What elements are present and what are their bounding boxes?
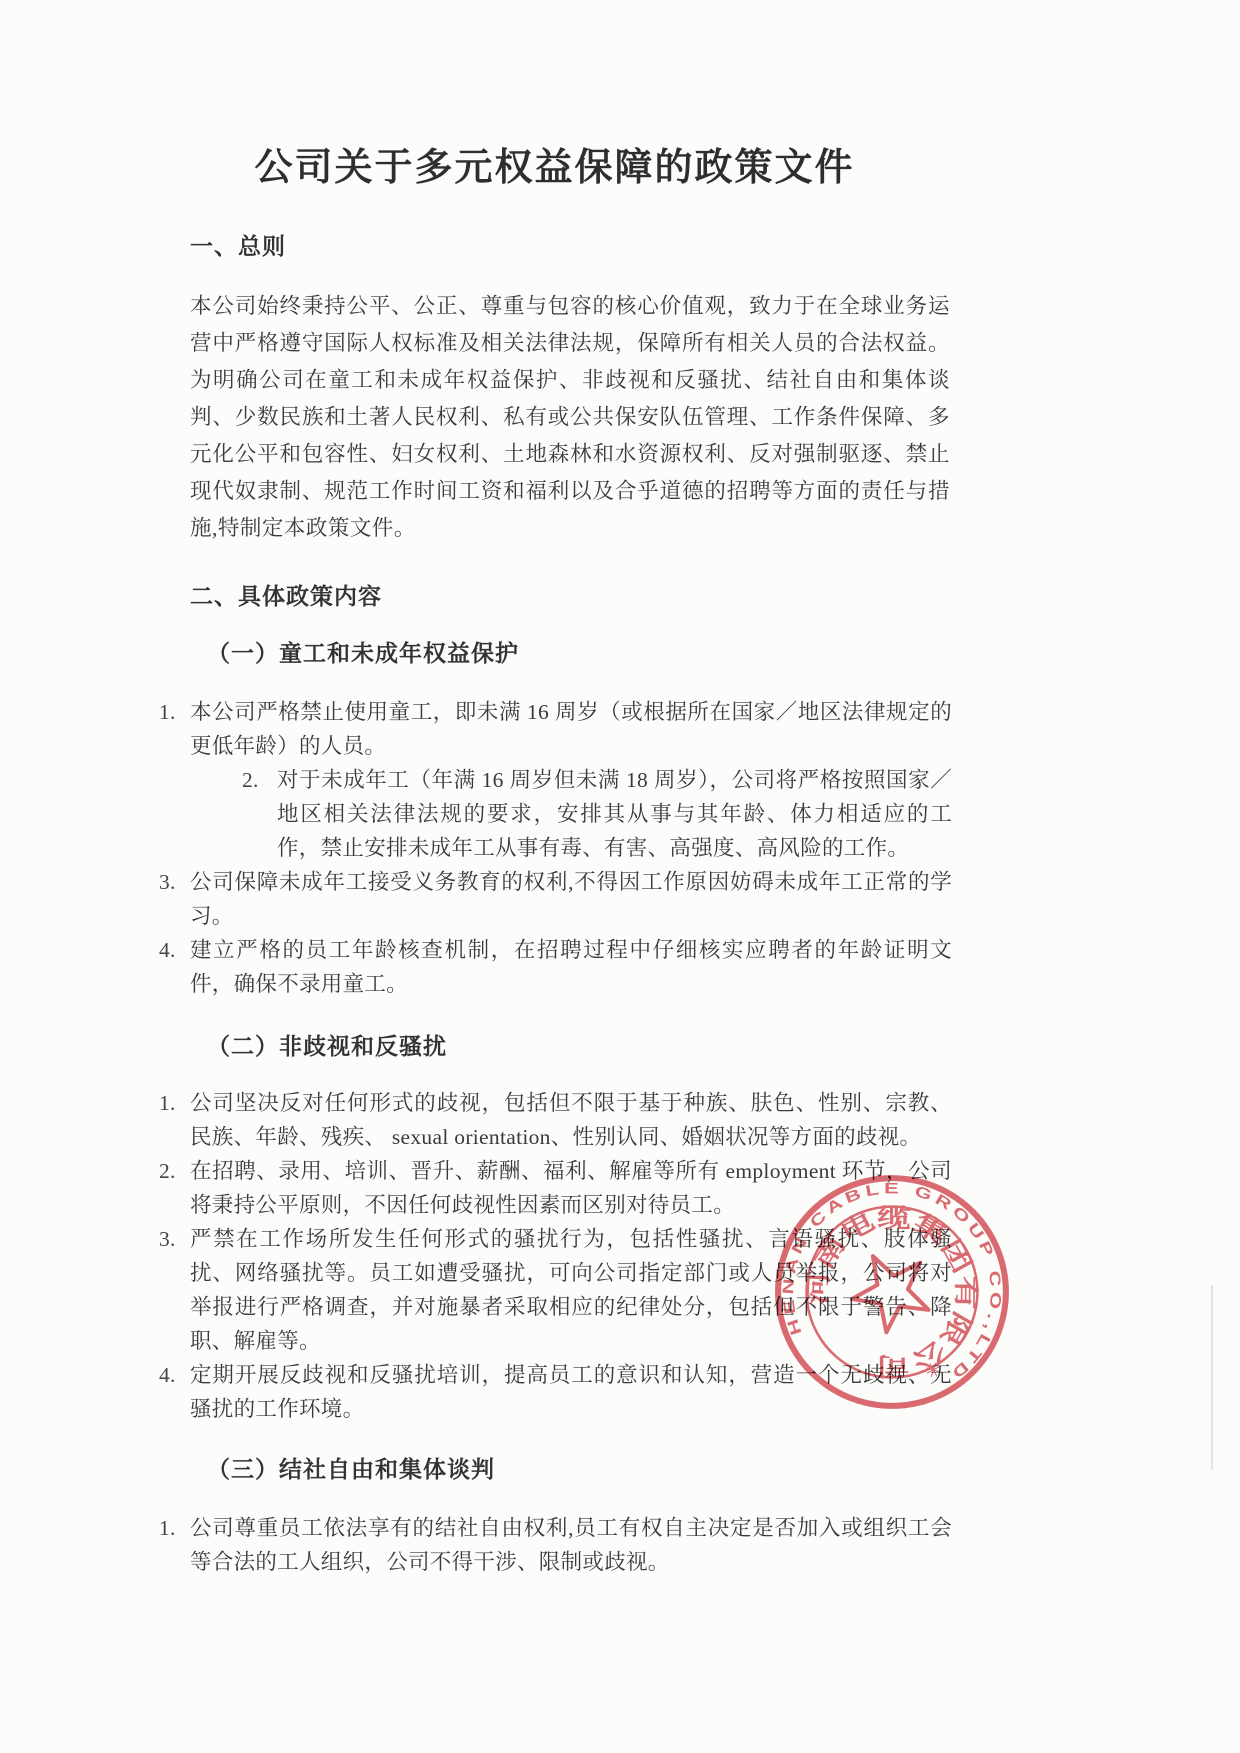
list-item-number: 4. xyxy=(157,933,190,1001)
list-item: 2. 在招聘、录用、培训、晋升、薪酬、福利、解雇等所有 employment 环… xyxy=(157,1154,952,1222)
list-item-text: 严禁在工作场所发生任何形式的骚扰行为，包括性骚扰、言语骚扰、肢体骚扰、网络骚扰等… xyxy=(190,1222,952,1358)
list-item: 1. 公司尊重员工依法享有的结社自由权利,员工有权自主决定是否加入或组织工会等合… xyxy=(157,1511,952,1579)
list-item-text: 本公司严格禁止使用童工，即未满 16 周岁（或根据所在国家／地区法律规定的更低年… xyxy=(190,695,952,763)
list-item-text: 定期开展反歧视和反骚扰培训，提高员工的意识和认知，营造一个无歧视、无骚扰的工作环… xyxy=(190,1358,952,1426)
list-item-number: 1. xyxy=(157,695,190,763)
document-title: 公司关于多元权益保障的政策文件 xyxy=(157,140,952,197)
freedom-association-list: 1. 公司尊重员工依法享有的结社自由权利,员工有权自主决定是否加入或组织工会等合… xyxy=(157,1511,952,1579)
list-item: 3. 公司保障未成年工接受义务教育的权利,不得因工作原因妨碍未成年工正常的学习。 xyxy=(157,865,952,933)
scanned-policy-document: 公司关于多元权益保障的政策文件 一、总则 本公司始终秉持公平、公正、尊重与包容的… xyxy=(0,0,1240,1753)
list-item: 2. 对于未成年工（年满 16 周岁但未满 18 周岁），公司将严格按照国家／地… xyxy=(240,763,952,865)
list-item-number: 1. xyxy=(157,1086,190,1154)
list-item-number: 4. xyxy=(157,1358,190,1426)
list-item-number: 3. xyxy=(157,865,190,933)
list-item-number: 3. xyxy=(157,1222,190,1358)
list-item-text: 公司坚决反对任何形式的歧视，包括但不限于基于种族、肤色、性别、宗教、民族、年龄、… xyxy=(190,1086,952,1154)
list-item-text: 公司保障未成年工接受义务教育的权利,不得因工作原因妨碍未成年工正常的学习。 xyxy=(190,865,952,933)
list-item-text: 在招聘、录用、培训、晋升、薪酬、福利、解雇等所有 employment 环节，公… xyxy=(190,1154,952,1222)
list-item: 4. 定期开展反歧视和反骚扰培训，提高员工的意识和认知，营造一个无歧视、无骚扰的… xyxy=(157,1358,952,1426)
list-item-text: 建立严格的员工年龄核查机制，在招聘过程中仔细核实应聘者的年龄证明文件，确保不录用… xyxy=(190,933,952,1001)
list-item: 4. 建立严格的员工年龄核查机制，在招聘过程中仔细核实应聘者的年龄证明文件，确保… xyxy=(157,933,952,1001)
anti-discrimination-list: 1. 公司坚决反对任何形式的歧视，包括但不限于基于种族、肤色、性别、宗教、民族、… xyxy=(157,1086,952,1426)
list-item: 1. 本公司严格禁止使用童工，即未满 16 周岁（或根据所在国家／地区法律规定的… xyxy=(157,695,952,763)
list-item-number: 2. xyxy=(157,1154,190,1222)
subsection-heading-anti-discrimination: （二）非歧视和反骚扰 xyxy=(207,1031,952,1062)
child-labor-list: 1. 本公司严格禁止使用童工，即未满 16 周岁（或根据所在国家／地区法律规定的… xyxy=(157,695,952,1001)
list-item: 3. 严禁在工作场所发生任何形式的骚扰行为，包括性骚扰、言语骚扰、肢体骚扰、网络… xyxy=(157,1222,952,1358)
scan-artifact-line xyxy=(1211,1285,1213,1470)
list-item-text: 对于未成年工（年满 16 周岁但未满 18 周岁），公司将严格按照国家／地区相关… xyxy=(277,763,952,865)
subsection-heading-freedom-association: （三）结社自由和集体谈判 xyxy=(207,1454,952,1485)
section-heading-general: 一、总则 xyxy=(190,231,952,262)
list-item: 1. 公司坚决反对任何形式的歧视，包括但不限于基于种族、肤色、性别、宗教、民族、… xyxy=(157,1086,952,1154)
list-item-number: 1. xyxy=(157,1511,190,1579)
document-content: 公司关于多元权益保障的政策文件 一、总则 本公司始终秉持公平、公正、尊重与包容的… xyxy=(157,0,952,1579)
list-item-number: 2. xyxy=(240,763,277,865)
section-heading-policy: 二、具体政策内容 xyxy=(190,581,952,612)
subsection-heading-child-labor: （一）童工和未成年权益保护 xyxy=(207,638,952,669)
list-item-text: 公司尊重员工依法享有的结社自由权利,员工有权自主决定是否加入或组织工会等合法的工… xyxy=(190,1511,952,1579)
general-paragraph: 本公司始终秉持公平、公正、尊重与包容的核心价值观，致力于在全球业务运营中严格遵守… xyxy=(190,288,950,547)
